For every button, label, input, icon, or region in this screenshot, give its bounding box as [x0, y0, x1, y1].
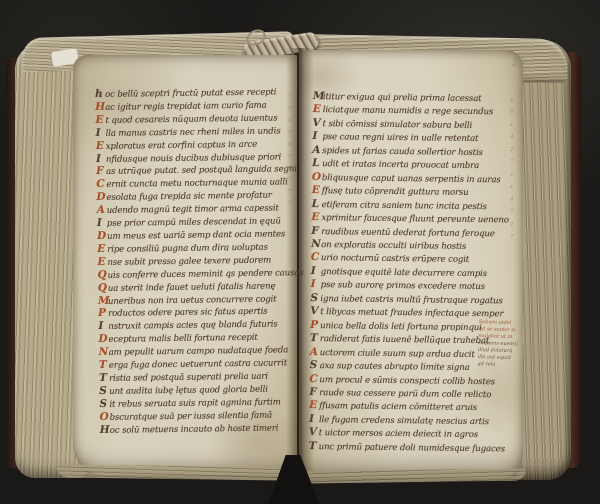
edge-mark: 2 — [510, 219, 514, 231]
colored-initial: E — [97, 257, 107, 269]
edge-mark: 6 — [510, 106, 514, 118]
gloss-line: qd rela — [477, 361, 521, 370]
verse-text: pse sub aurorę primos excedere motus — [321, 280, 485, 292]
verse-text: nfidusque nouis ducibus dubiusque priori — [106, 152, 281, 164]
colored-initial: L — [312, 157, 322, 170]
edge-mark: G — [288, 140, 292, 152]
edge-mark: 2 — [510, 144, 514, 156]
verse-text: nstruxit campis acies quę blanda futuris — [108, 320, 277, 332]
edge-mark: s — [510, 169, 514, 181]
colored-initial: S — [310, 359, 320, 372]
verse-text: esolata fuga trepida sic mente profatur — [106, 191, 271, 203]
verse-text: igna iubet castris multū frustraque roga… — [320, 294, 502, 306]
edge-mark: 7 — [288, 175, 292, 187]
verse-text: unica bella dolis leti fortuna propinqui — [320, 321, 482, 333]
verse-text: ititur exigua qui prelia prima lacessat — [323, 92, 482, 104]
colored-initial: S — [310, 292, 320, 305]
colored-initial: S — [99, 399, 109, 411]
verse-text: udit et iratas incerta prouocat umbra — [322, 159, 479, 171]
verse-text: unc primū patuere doli numidesque fugace… — [319, 442, 505, 454]
colored-initial: I — [97, 218, 107, 230]
verse-text: pse caua regni uires in ualle retentat — [322, 132, 478, 144]
edge-mark: 7 — [510, 231, 514, 243]
edge-mark: 7 — [288, 128, 292, 140]
colored-initial: I — [96, 153, 106, 165]
verse-text: xprimitur faucesque fluunt pereunte uene… — [321, 213, 509, 225]
edge-mark: z — [510, 181, 514, 193]
colored-initial: D — [98, 334, 108, 346]
verse-text: raudibus euentū dederat fortuna feroque — [321, 227, 495, 239]
colored-initial: N — [311, 238, 321, 251]
colored-initial: I — [311, 278, 321, 291]
colored-initial: N — [99, 347, 109, 359]
edge-mark: x — [288, 163, 292, 175]
colored-initial: L — [312, 198, 322, 211]
colored-initial: E — [312, 184, 322, 197]
verse-text: oc bellū sceptri fructū putat esse recep… — [105, 87, 276, 99]
colored-initial: A — [312, 144, 322, 157]
verse-text: axa sup cautes abrupto limite signa — [320, 361, 470, 373]
verse-text: gnotisque equitē late decurrere campis — [321, 267, 487, 279]
colored-initial: I — [309, 413, 319, 426]
colored-initial: T — [99, 360, 109, 372]
verse-text: spides ut farias cauda sollertior hostis — [322, 146, 483, 158]
colored-initial: C — [309, 372, 319, 385]
left-page-edge-marks: 7Tx7G7x7T7 — [288, 92, 292, 211]
verse-text: ffusę tuto cōprendit guttura morsu — [322, 186, 469, 198]
verse-text: ernit cuncta metu nocturnaque munia uall… — [106, 178, 287, 191]
colored-initial: E — [95, 115, 105, 127]
verse-text: lle fugam credens simulatę nescius artis — [319, 415, 489, 427]
edge-mark: 4 — [510, 194, 514, 206]
edge-mark: z — [510, 119, 514, 131]
verse-text: ac igitur regis trepidat iam curio fama — [105, 101, 267, 113]
verse-text: t quod cesareis nūquam deuota iuuentus — [105, 113, 277, 125]
colored-initial: V — [310, 305, 320, 318]
verse-text: unt audita iubę lętus quod gloria belli — [109, 384, 268, 396]
colored-initial: E — [309, 399, 319, 412]
colored-initial: h — [95, 89, 105, 101]
edge-mark: 7 — [510, 206, 514, 218]
colored-initial: E — [97, 244, 107, 256]
verse-text: t uictor mersos aciem deiecit in agros — [319, 428, 478, 440]
verse-line: Tunc primū patuere doli numidesque fugac… — [309, 440, 511, 456]
verse-text: am pepulit uarum campo nudataque foeda — [109, 345, 289, 358]
verse-text: it rebus seruata suis rapit agmina furti… — [109, 397, 280, 409]
colored-initial: M — [98, 295, 108, 307]
colored-initial: A — [310, 346, 320, 359]
verse-text: ristia sed postquā superati prelia uari — [109, 372, 268, 384]
colored-initial: S — [99, 386, 109, 398]
colored-initial: D — [97, 231, 107, 243]
colored-initial: H — [95, 102, 105, 114]
verse-text: xploratus erat corfini captus in arce — [106, 139, 257, 151]
verse-text: pse prior campū miles descendat in ęquū — [107, 216, 281, 228]
verse-text: eceptura malis belli fortuna recepit — [108, 333, 257, 345]
folio-number: 26 — [511, 56, 526, 69]
verse-text: radiderat fatis iuuenē bellūque trahebat — [320, 334, 489, 346]
verse-text: um meus est uariā semp dant ocia mentes — [107, 229, 285, 241]
verse-text: t libycas metuat fraudes infectaque semp… — [320, 307, 503, 319]
colored-initial: I — [96, 128, 106, 140]
verse-text: lla manus castris nec rheni miles in und… — [106, 126, 281, 138]
colored-initial: V — [313, 117, 323, 130]
colored-initial: Q — [98, 282, 108, 294]
colored-initial: F — [96, 166, 106, 178]
verse-text: ffusam patulis aciem cōmitteret aruis — [319, 402, 477, 414]
colored-initial: C — [311, 251, 321, 264]
verse-text: uneribus non ira uetus concurrere cogit — [108, 294, 277, 306]
verse-text: um procul e sūmis conspecti collib hoste… — [319, 375, 495, 387]
edge-mark: 7 — [288, 199, 292, 211]
colored-initial: C — [96, 179, 106, 191]
colored-initial: D — [96, 192, 106, 204]
manuscript-photo: { "palette":{"background":"#1a1917","par… — [0, 0, 600, 504]
edge-mark: 7 — [510, 156, 514, 168]
edge-mark: T — [288, 187, 292, 199]
verse-text: raude sua cessere parū dum colle relicto — [319, 388, 491, 400]
verse-text: uctorem ciuile suum sup ardua ducit — [320, 348, 475, 360]
verse-text: t sibi cōmissi simulator sabura belli — [323, 119, 473, 131]
colored-initial: I — [312, 130, 322, 143]
verse-text: on exploratis occulti uiribus hostis — [321, 240, 466, 252]
edge-mark: x — [288, 116, 292, 128]
verse-text: oc solū metuens incauto ab hoste timeri — [110, 423, 279, 435]
colored-initial: Q — [98, 270, 108, 282]
colored-initial: F — [309, 386, 319, 399]
colored-initial: P — [98, 308, 108, 320]
colored-initial: M — [313, 90, 323, 103]
left-page-text: hoc bellū sceptri fructū putat esse rece… — [95, 86, 302, 437]
right-page-text: Mititur exigua qui prelia prima lacessat… — [309, 90, 515, 456]
page-edge-stack-right — [517, 40, 571, 480]
verse-text: ua sterit inde fauet ueluti fatalis hare… — [108, 281, 276, 293]
colored-initial: A — [97, 205, 107, 217]
verse-text: roductos odere pares sic fatus apertis — [108, 307, 268, 319]
verse-text: udendo magnū tegit timor arma capessit — [107, 204, 279, 216]
page-bottom-edges-left — [56, 464, 292, 480]
verse-text: bliquusque caput uanas serpentis in aura… — [322, 173, 501, 185]
verse-text: liciatque manu numidis a rege secundus — [323, 106, 494, 118]
edge-mark: 7 — [288, 92, 292, 104]
colored-initial: E — [96, 140, 106, 152]
colored-initial: V — [309, 426, 319, 439]
colored-initial: H — [100, 424, 110, 436]
verse-text: nse subit presso galee texere pudorem — [107, 255, 271, 267]
colored-initial: T — [99, 373, 109, 385]
edge-mark: T — [288, 104, 292, 116]
verse-text: ripe consiliū pugna dum dira uoluptas — [107, 242, 268, 254]
verse-text: bscuratque suā per iussa silentia famā — [110, 410, 273, 422]
edge-mark: 4 — [510, 131, 514, 143]
colored-initial: I — [311, 265, 321, 278]
verse-text: uis conferre duces meminit qs pendere ca… — [108, 268, 304, 281]
colored-initial: T — [310, 332, 320, 345]
page-bottom-edges-right — [304, 468, 526, 483]
verse-text: etiferam citra saniem tunc incita pestis — [322, 200, 487, 212]
colored-initial: P — [310, 319, 320, 332]
edge-mark: 7 — [288, 152, 292, 164]
colored-initial: T — [309, 440, 319, 453]
margin-gloss: Sabura uidelqd se supior simulabat ut in… — [477, 319, 523, 370]
colored-initial: E — [313, 103, 323, 116]
verse-text: as utrūque putat. sed postquā languida s… — [106, 165, 297, 178]
edge-mark: y — [510, 94, 514, 106]
colored-initial: O — [100, 411, 110, 423]
verse-text: urio nocturnū castris erūpere cogit — [321, 254, 469, 266]
colored-initial: E — [311, 211, 321, 224]
colored-initial: O — [312, 171, 322, 184]
right-page-edge-marks: y6z427sz4727 — [510, 94, 514, 243]
verse-text: erga fuga donec uetuerunt castra cucurri… — [109, 358, 287, 370]
colored-initial: F — [311, 225, 321, 238]
colored-initial: I — [98, 321, 108, 333]
